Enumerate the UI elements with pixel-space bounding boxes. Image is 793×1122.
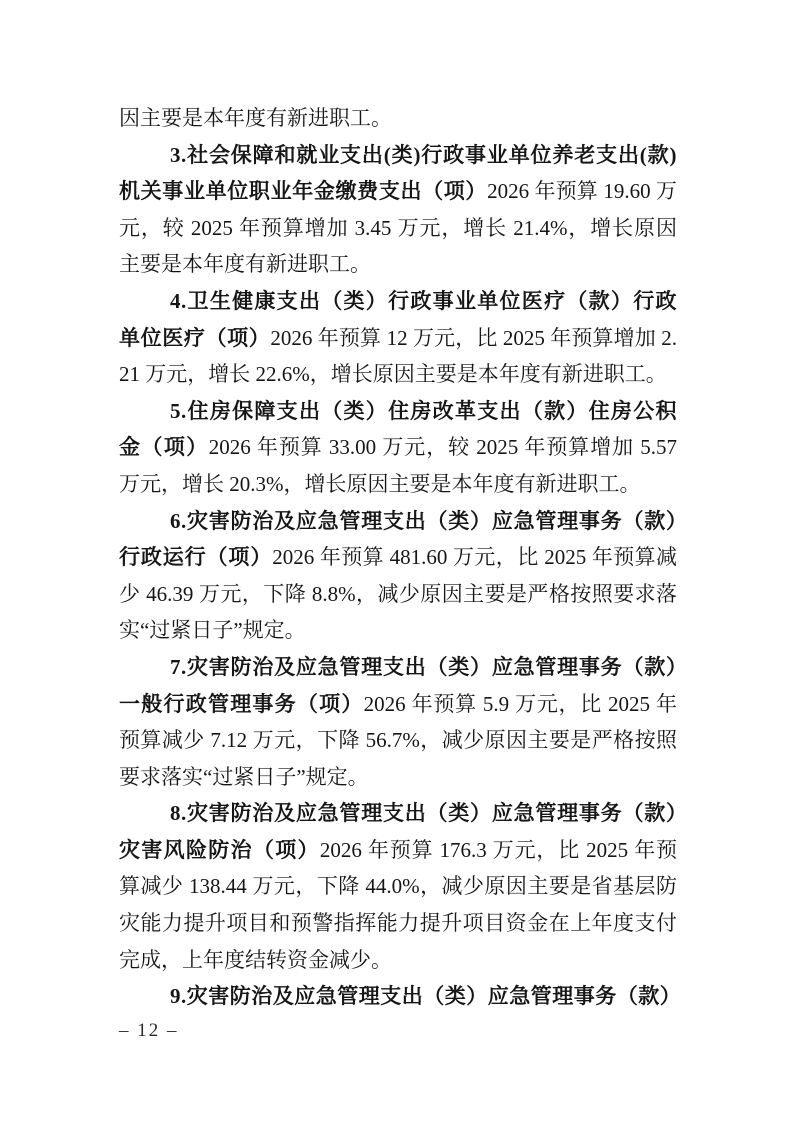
page-number: – 12 – — [119, 1019, 179, 1043]
budget-paragraph-5: 5.住房保障支出（类）住房改革支出（款）住房公积金（项）2026 年预算 33.… — [119, 393, 677, 503]
budget-paragraph-6: 6.灾害防治及应急管理支出（类）应急管理事务（款）行政运行（项）2026 年预算… — [119, 503, 677, 649]
budget-paragraph-3: 3.社会保障和就业支出(类)行政事业单位养老支出(款)机关事业单位职业年金缴费支… — [119, 137, 677, 283]
document-page: 因主要是本年度有新进职工。 3.社会保障和就业支出(类)行政事业单位养老支出(款… — [0, 0, 793, 1122]
budget-paragraph-4: 4.卫生健康支出（类）行政事业单位医疗（款）行政单位医疗（项）2026 年预算 … — [119, 283, 677, 393]
budget-paragraph-8: 8.灾害防治及应急管理支出（类）应急管理事务（款）灾害风险防治（项）2026 年… — [119, 795, 677, 978]
paragraph-2-continuation: 因主要是本年度有新进职工。 — [119, 100, 677, 137]
paragraph-lead: 9.灾害防治及应急管理支出（类）应急管理事务（款） — [170, 984, 681, 1008]
budget-paragraph-9: 9.灾害防治及应急管理支出（类）应急管理事务（款） — [119, 978, 677, 1015]
budget-paragraph-7: 7.灾害防治及应急管理支出（类）应急管理事务（款）一般行政管理事务（项）2026… — [119, 649, 677, 795]
paragraph-body: 因主要是本年度有新进职工。 — [119, 106, 392, 130]
document-body: 因主要是本年度有新进职工。 3.社会保障和就业支出(类)行政事业单位养老支出(款… — [119, 100, 677, 1015]
